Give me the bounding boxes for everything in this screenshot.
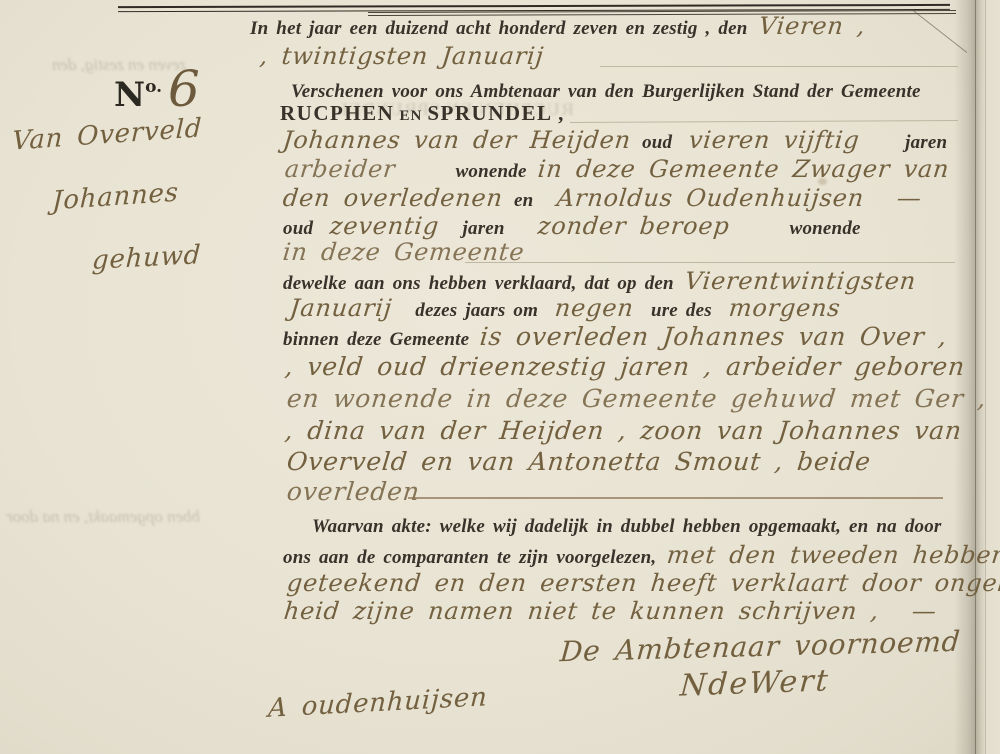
printed-segment: jaren <box>463 218 505 239</box>
bleedthrough-text: bben opgemaakt, en na door <box>6 507 200 527</box>
printed-segment: ons aan de comparanten te zijn voorgelez… <box>283 547 656 568</box>
death-record-scan: zeven en zestig, den RUCPHEN EN SPRUNDEL… <box>0 0 1000 754</box>
printed-segment: ure des <box>651 300 712 321</box>
handwritten-signature: A oudenhuijsen <box>267 682 488 724</box>
handwritten-signature: NdeWert <box>679 663 831 703</box>
signature-official: NdeWert <box>679 663 830 703</box>
handwritten-segment: gehuwd <box>91 240 202 276</box>
handwritten-segment: De Ambtenaar voornoemd <box>559 625 962 669</box>
declarant2-line1: den overledenen en Arnoldus Oudenhuijsen… <box>283 184 922 212</box>
akte-line4: heid zijne namen niet te kunnen schrijve… <box>284 597 937 625</box>
year-line: In het jaar een duizend acht honderd zev… <box>250 12 865 40</box>
handwritten-segment: morgens <box>727 294 842 322</box>
handwritten-segment: in deze Gemeente Zwager van <box>536 155 950 183</box>
handwritten-segment: Vierentwintigsten <box>683 267 917 295</box>
printed-segment: dezes jaars om <box>415 300 538 321</box>
page-edge-line-2 <box>985 0 986 754</box>
printed-segment: binnen deze Gemeente <box>283 329 469 350</box>
declaration-line6: , dina van der Heijden , zoon van Johann… <box>285 416 962 445</box>
declaration-line5: en wonende in deze Gemeente gehuwd met G… <box>287 384 986 413</box>
handwritten-segment: zeventig <box>329 212 441 240</box>
handwritten-segment: zonder beroep <box>536 212 731 240</box>
handwritten-segment: Van Overveld <box>12 113 203 156</box>
baseline-rule <box>465 262 955 263</box>
declaration-line3: binnen deze Gemeente is overleden Johann… <box>283 322 947 351</box>
akte-line3: geteekend en den eersten heeft verklaart… <box>287 569 1000 597</box>
declaration-line7: Overveld en van Antonetta Smout , beide <box>287 447 871 476</box>
record-number-label: N <box>114 75 145 115</box>
akte-line2: ons aan de comparanten te zijn voorgelez… <box>283 541 1000 569</box>
margin-deceased-status: gehuwd <box>91 240 202 276</box>
appearance-line: Verschenen voor ons Ambtenaar van den Bu… <box>291 81 921 103</box>
baseline-rule <box>570 120 958 123</box>
declaration-line4: , veld oud drieenzestig jaren , arbeider… <box>285 352 965 381</box>
declarant1-line2: arbeider wonende in deze Gemeente Zwager… <box>285 155 949 183</box>
page-edge-line <box>975 0 976 754</box>
handwritten-segment: Johannes <box>52 177 180 216</box>
printed-segment: dewelke aan ons hebben verklaard, dat op… <box>283 273 674 294</box>
declaration-line8: overleden <box>287 477 420 506</box>
printed-segment: en <box>514 190 533 211</box>
handwritten-segment: overleden <box>285 477 421 506</box>
official-title-line: De Ambtenaar voornoemd <box>560 625 961 668</box>
printed-segment: wonende <box>790 218 861 239</box>
handwritten-segment: Johannes van der Heijden <box>282 126 633 154</box>
municipality-conjunction: EN <box>399 108 422 124</box>
handwritten-segment: Januarij <box>289 294 394 322</box>
municipality-name: RUCPHEN <box>280 101 394 125</box>
handwritten-dash: — <box>911 597 939 625</box>
baseline-rule <box>600 66 958 67</box>
handwritten-segment: met den tweeden hebben <box>666 541 1000 569</box>
record-number: No.6 <box>114 60 200 118</box>
handwritten-segment: is overleden Johannes van Over , <box>479 322 949 351</box>
handwritten-segment: negen <box>554 294 636 322</box>
record-number-ordinal: o. <box>145 77 162 97</box>
handwritten-segment: arbeider <box>284 155 397 183</box>
municipality-line: RUCPHEN EN SPRUNDEL , <box>280 101 565 126</box>
akte-line1: Waarvan akte: welke wij dadelijk in dubb… <box>312 516 942 538</box>
printed-segment: jaren <box>905 132 947 153</box>
printed-segment: wonende <box>456 161 527 182</box>
handwritten-segment: Overveld en van Antonetta Smout , beide <box>285 447 872 476</box>
printed-segment: In het jaar een duizend acht honderd zev… <box>250 18 747 39</box>
signature-witness: A oudenhuijsen <box>267 682 488 723</box>
handwritten-segment: vieren vijftig <box>688 126 862 154</box>
declaration-line2: Januarij dezes jaars om negen ure des mo… <box>290 294 841 322</box>
printed-segment: oud <box>642 132 672 153</box>
declarant2-line2: oud zeventig jaren zonder beroep wonende <box>283 212 861 240</box>
handwritten-segment: , dina van der Heijden , zoon van Johann… <box>283 416 963 445</box>
handwritten-segment: Vieren , <box>757 12 867 40</box>
municipality-name: SPRUNDEL , <box>427 101 565 125</box>
handwritten-segment: en wonende in deze Gemeente gehuwd met G… <box>285 384 987 413</box>
margin-deceased-firstname: Johannes <box>51 178 180 217</box>
declarant1-line1: Johannes van der Heijden oud vieren vijf… <box>283 126 947 154</box>
date-line: , twintigsten Januarij <box>260 42 544 70</box>
handwritten-segment: geteekend en den eersten heeft verklaart… <box>286 569 1000 597</box>
handwritten-segment: , veld oud drieenzestig jaren , arbeider… <box>283 352 966 381</box>
record-number-value: 6 <box>168 60 200 118</box>
handwritten-dash: — <box>895 184 923 212</box>
handwritten-segment: , twintigsten Januarij <box>259 42 546 70</box>
declaration-line1: dewelke aan ons hebben verklaard, dat op… <box>283 267 916 295</box>
printed-segment: Verschenen voor ons Ambtenaar van den Bu… <box>291 81 921 102</box>
printed-segment: Waarvan akte: welke wij dadelijk in dubb… <box>312 516 942 537</box>
handwritten-segment: heid zijne namen niet te kunnen schrijve… <box>283 597 881 625</box>
closing-stroke-rule <box>408 497 943 499</box>
handwritten-segment: Arnoldus Oudenhuijsen <box>555 184 865 212</box>
margin-deceased-surname: Van Overveld <box>11 113 203 156</box>
handwritten-segment: den overledenen <box>282 184 505 212</box>
printed-segment: oud <box>283 218 313 239</box>
